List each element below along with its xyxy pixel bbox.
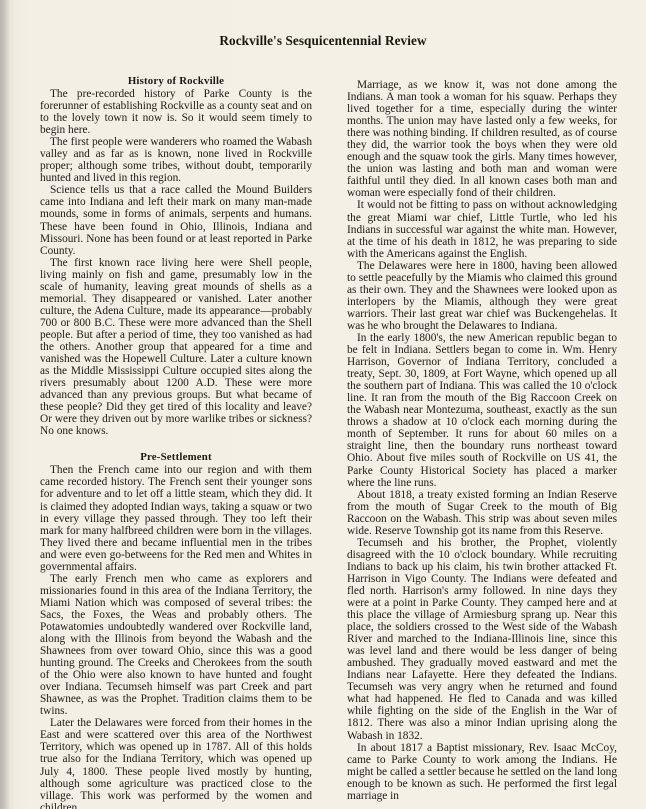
page-title: Rockville's Sesquicentennial Review [0,33,646,49]
section-heading-pre-settlement: Pre-Settlement [40,451,312,464]
paragraph: Marriage, as we know it, was not done am… [347,79,617,199]
paragraph: It would not be fitting to pass on witho… [347,199,617,259]
paragraph: Later the Delawares were forced from the… [40,717,312,809]
binding-shadow [0,0,10,809]
document-page: Rockville's Sesquicentennial Review Hist… [0,0,646,809]
paragraph: The first known race living here were Sh… [40,257,312,438]
paragraph: The pre-recorded history of Parke County… [40,88,312,136]
paragraph: The first people were wanderers who roam… [40,136,312,184]
paragraph: The Delawares were here in 1800, having … [347,260,617,332]
paragraph: In about 1817 a Baptist missionary, Rev.… [347,742,617,802]
paragraph: Then the French came into our region and… [40,464,312,572]
left-column: History of Rockville The pre-recorded hi… [40,75,312,809]
paragraph: About 1818, a treaty existed forming an … [347,489,617,537]
paragraph: Tecumseh and his brother, the Prophet, v… [347,537,617,742]
right-column: Marriage, as we know it, was not done am… [347,79,617,802]
paragraph: The early French men who came as explore… [40,573,312,718]
paragraph: In the early 1800's, the new American re… [347,332,617,489]
paragraph: Science tells us that a race called the … [40,184,312,256]
section-heading-history-of-rockville: History of Rockville [40,75,312,88]
